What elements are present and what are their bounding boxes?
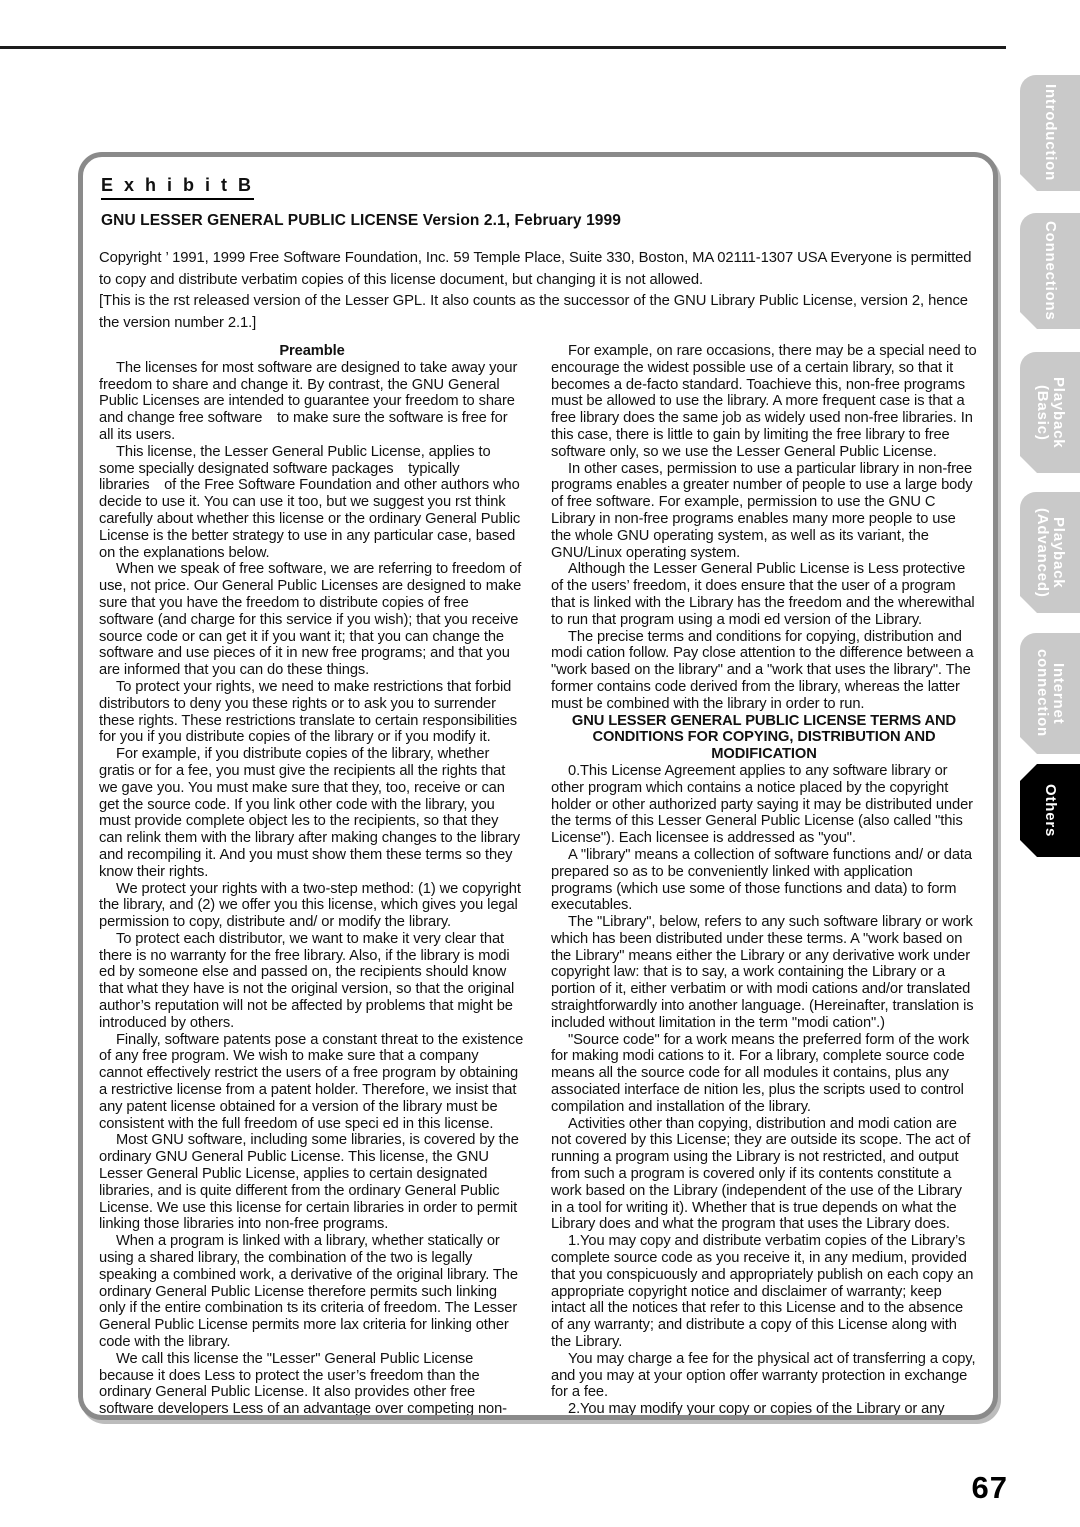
license-paragraph: In other cases, permission to use a part… — [551, 461, 977, 562]
license-paragraph: When we speak of free software, we are r… — [99, 561, 525, 679]
sidebar-tab-label: Internet connection — [1034, 649, 1066, 737]
license-intro: Copyright ’ 1991, 1999 Free Software Fou… — [99, 248, 977, 334]
license-column-left: PreambleThe licenses for most software a… — [99, 343, 525, 1420]
license-paragraph: Most GNU software, including some librar… — [99, 1132, 525, 1233]
sidebar-tabs: IntroductionConnectionsPlayback (Basic)P… — [1020, 0, 1080, 1527]
license-paragraph: The licenses for most software are desig… — [99, 360, 525, 444]
sidebar-tab-label: Playback (Basic) — [1034, 377, 1066, 448]
license-paragraph: 0.This License Agreement applies to any … — [551, 763, 977, 847]
license-columns: PreambleThe licenses for most software a… — [99, 343, 977, 1420]
intro-paragraph: [This is the rst released version of the… — [99, 291, 977, 334]
sidebar-tab-label: Introduction — [1042, 84, 1058, 181]
sidebar-tab-playback-basic[interactable]: Playback (Basic) — [1020, 352, 1080, 473]
license-paragraph: For example, on rare occasions, there ma… — [551, 343, 977, 461]
license-paragraph: We protect your rights with a two-step m… — [99, 881, 525, 931]
intro-paragraph: Copyright ’ 1991, 1999 Free Software Fou… — [99, 248, 977, 291]
top-rule — [0, 46, 1006, 49]
sidebar-tab-internet-connection[interactable]: Internet connection — [1020, 633, 1080, 754]
section-heading: GNU LESSER GENERAL PUBLIC LICENSE TERMS … — [551, 713, 977, 763]
sidebar-tab-label: Others — [1042, 784, 1058, 837]
page-number: 67 — [972, 1470, 1008, 1506]
license-paragraph: When a program is linked with a library,… — [99, 1233, 525, 1351]
sidebar-tab-playback-advanced[interactable]: Playback (Advanced) — [1020, 492, 1080, 613]
section-heading: Preamble — [99, 343, 525, 360]
sidebar-tab-label: Connections — [1042, 221, 1058, 321]
license-heading: GNU LESSER GENERAL PUBLIC LICENSE Versio… — [101, 212, 977, 230]
license-paragraph: Activities other than copying, distribut… — [551, 1116, 977, 1234]
sidebar-tab-introduction[interactable]: Introduction — [1020, 75, 1080, 191]
license-paragraph: 2.You may modify your copy or copies of … — [551, 1401, 977, 1420]
license-paragraph: To protect your rights, we need to make … — [99, 679, 525, 746]
license-paragraph: The "Library", below, refers to any such… — [551, 914, 977, 1032]
license-paragraph: "Source code" for a work means the prefe… — [551, 1032, 977, 1116]
license-paragraph: To protect each distributor, we want to … — [99, 931, 525, 1032]
exhibit-title: E x h i b i t B — [101, 175, 254, 200]
license-paragraph: A "library" means a collection of softwa… — [551, 847, 977, 914]
license-paragraph: This license, the Lesser General Public … — [99, 444, 525, 562]
license-paragraph: You may charge a fee for the physical ac… — [551, 1351, 977, 1401]
license-paragraph: We call this license the "Lesser" Genera… — [99, 1351, 525, 1420]
sidebar-tab-label: Playback (Advanced) — [1034, 508, 1066, 598]
license-paragraph: The precise terms and conditions for cop… — [551, 629, 977, 713]
license-column-right: For example, on rare occasions, there ma… — [551, 343, 977, 1420]
license-paragraph: Finally, software patents pose a constan… — [99, 1032, 525, 1133]
license-paragraph: 1.You may copy and distribute verbatim c… — [551, 1233, 977, 1351]
license-panel: E x h i b i t B GNU LESSER GENERAL PUBLI… — [78, 152, 998, 1420]
sidebar-tab-connections[interactable]: Connections — [1020, 213, 1080, 329]
license-paragraph: Although the Lesser General Public Licen… — [551, 561, 977, 628]
license-paragraph: For example, if you distribute copies of… — [99, 746, 525, 880]
sidebar-tab-others[interactable]: Others — [1020, 764, 1080, 857]
